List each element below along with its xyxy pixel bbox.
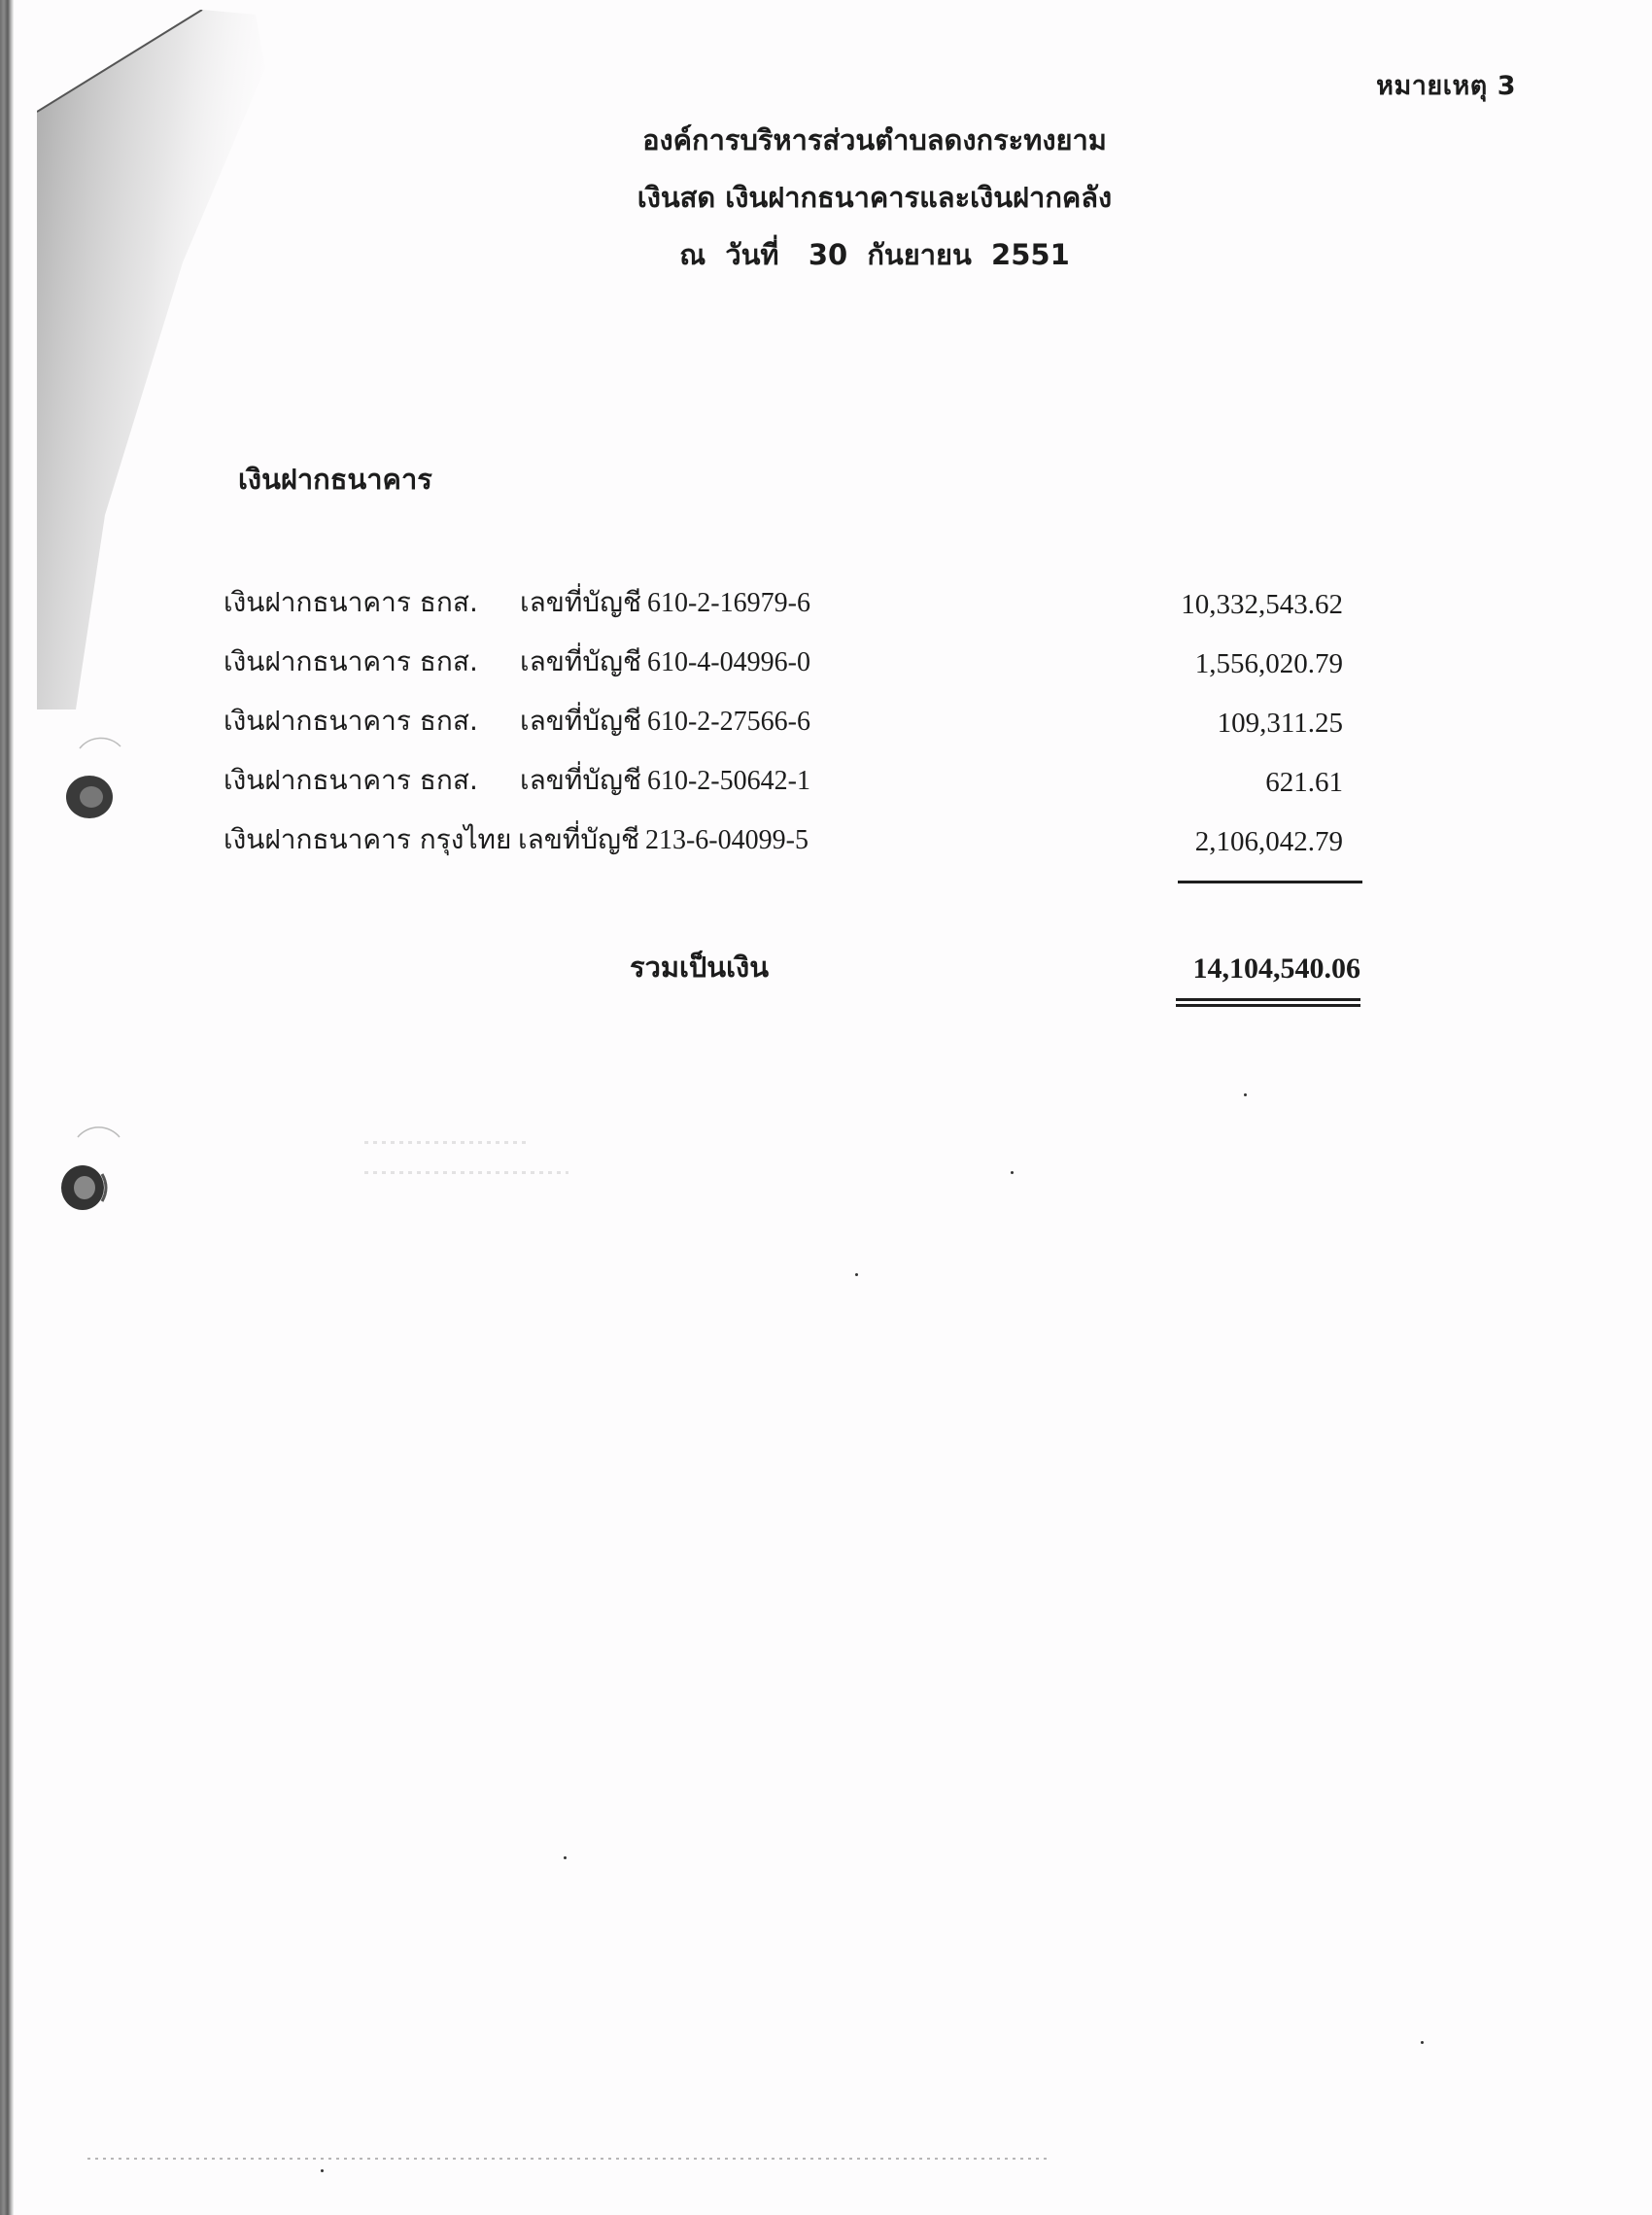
account-number-label: เลขที่บัญชี: [520, 705, 641, 737]
note-number: หมายเหตุ 3: [1376, 64, 1516, 106]
account-balance: 2,106,042.79: [1195, 826, 1343, 858]
account-number: เลขที่บัญชี610-2-16979-6: [520, 581, 810, 624]
bank-name: เงินฝากธนาคาร ธกส.: [224, 640, 478, 683]
bank-account-row: เงินฝากธนาคาร ธกส. เลขที่บัญชี610-2-2756…: [224, 700, 1370, 759]
organization-name: องค์การบริหารส่วนตำบลดงกระทงยาม: [602, 112, 1147, 169]
account-balance: 1,556,020.79: [1195, 648, 1343, 680]
account-balance: 10,332,543.62: [1181, 589, 1343, 621]
account-number-label: เลขที่บัญชี: [518, 823, 639, 855]
total-amount: 14,104,540.06: [1193, 952, 1361, 986]
account-balance: 109,311.25: [1218, 708, 1343, 740]
bank-name: เงินฝากธนาคาร ธกส.: [224, 581, 478, 624]
bank-account-list: เงินฝากธนาคาร ธกส. เลขที่บัญชี610-2-1697…: [224, 581, 1370, 878]
scan-speck: [564, 1856, 567, 1859]
section-title: เงินฝากธนาคาร: [238, 457, 432, 502]
scanner-edge: [0, 0, 14, 2215]
account-number-value: 610-2-27566-6: [647, 707, 810, 737]
bank-account-row: เงินฝากธนาคาร ธกส. เลขที่บัญชี610-4-0499…: [224, 640, 1370, 700]
bank-account-row: เงินฝากธนาคาร ธกส. เลขที่บัญชี610-2-5064…: [224, 759, 1370, 818]
bank-account-row: เงินฝากธนาคาร กรุงไทย เลขที่บัญชี213-6-0…: [224, 818, 1370, 878]
punch-hole: [53, 1108, 131, 1215]
scan-speck: [1421, 2041, 1424, 2044]
scan-speck: [1244, 1093, 1247, 1096]
total-label: รวมเป็นเงิน: [630, 945, 769, 989]
statement-subject: เงินสด เงินฝากธนาคารและเงินฝากคลัง: [602, 169, 1147, 226]
account-number-label: เลขที่บัญชี: [520, 586, 641, 618]
account-number-value: 610-2-16979-6: [647, 588, 810, 618]
account-number: เลขที่บัญชี213-6-04099-5: [518, 818, 809, 861]
account-number-label: เลขที่บัญชี: [520, 645, 641, 677]
account-number-value: 213-6-04099-5: [645, 825, 809, 855]
total-double-rule: [1176, 998, 1360, 1007]
account-number-value: 610-2-50642-1: [647, 766, 810, 796]
scan-speck: [855, 1273, 858, 1276]
punch-hole: [60, 719, 128, 826]
account-number: เลขที่บัญชี610-2-27566-6: [520, 700, 810, 743]
bank-name: เงินฝากธนาคาร ธกส.: [224, 759, 478, 802]
account-number-value: 610-4-04996-0: [647, 647, 810, 677]
scan-artifact-line: [87, 2158, 1050, 2160]
subtotal-rule: [1178, 881, 1362, 883]
bank-account-row: เงินฝากธนาคาร ธกส. เลขที่บัญชี610-2-1697…: [224, 581, 1370, 640]
bank-name: เงินฝากธนาคาร กรุงไทย: [224, 818, 511, 861]
account-number: เลขที่บัญชี610-2-50642-1: [520, 759, 810, 802]
bank-name: เงินฝากธนาคาร ธกส.: [224, 700, 478, 743]
account-balance: 621.61: [1265, 767, 1343, 799]
account-number-label: เลขที่บัญชี: [520, 764, 641, 796]
scan-speck: [321, 2169, 324, 2172]
document-header: องค์การบริหารส่วนตำบลดงกระทงยาม เงินสด เ…: [602, 112, 1147, 284]
faded-bleed-through-text: [364, 1127, 617, 1205]
scan-speck: [1011, 1171, 1014, 1174]
statement-date: ณ วันที่ 30 กันยายน 2551: [602, 226, 1147, 284]
account-number: เลขที่บัญชี610-4-04996-0: [520, 640, 810, 683]
